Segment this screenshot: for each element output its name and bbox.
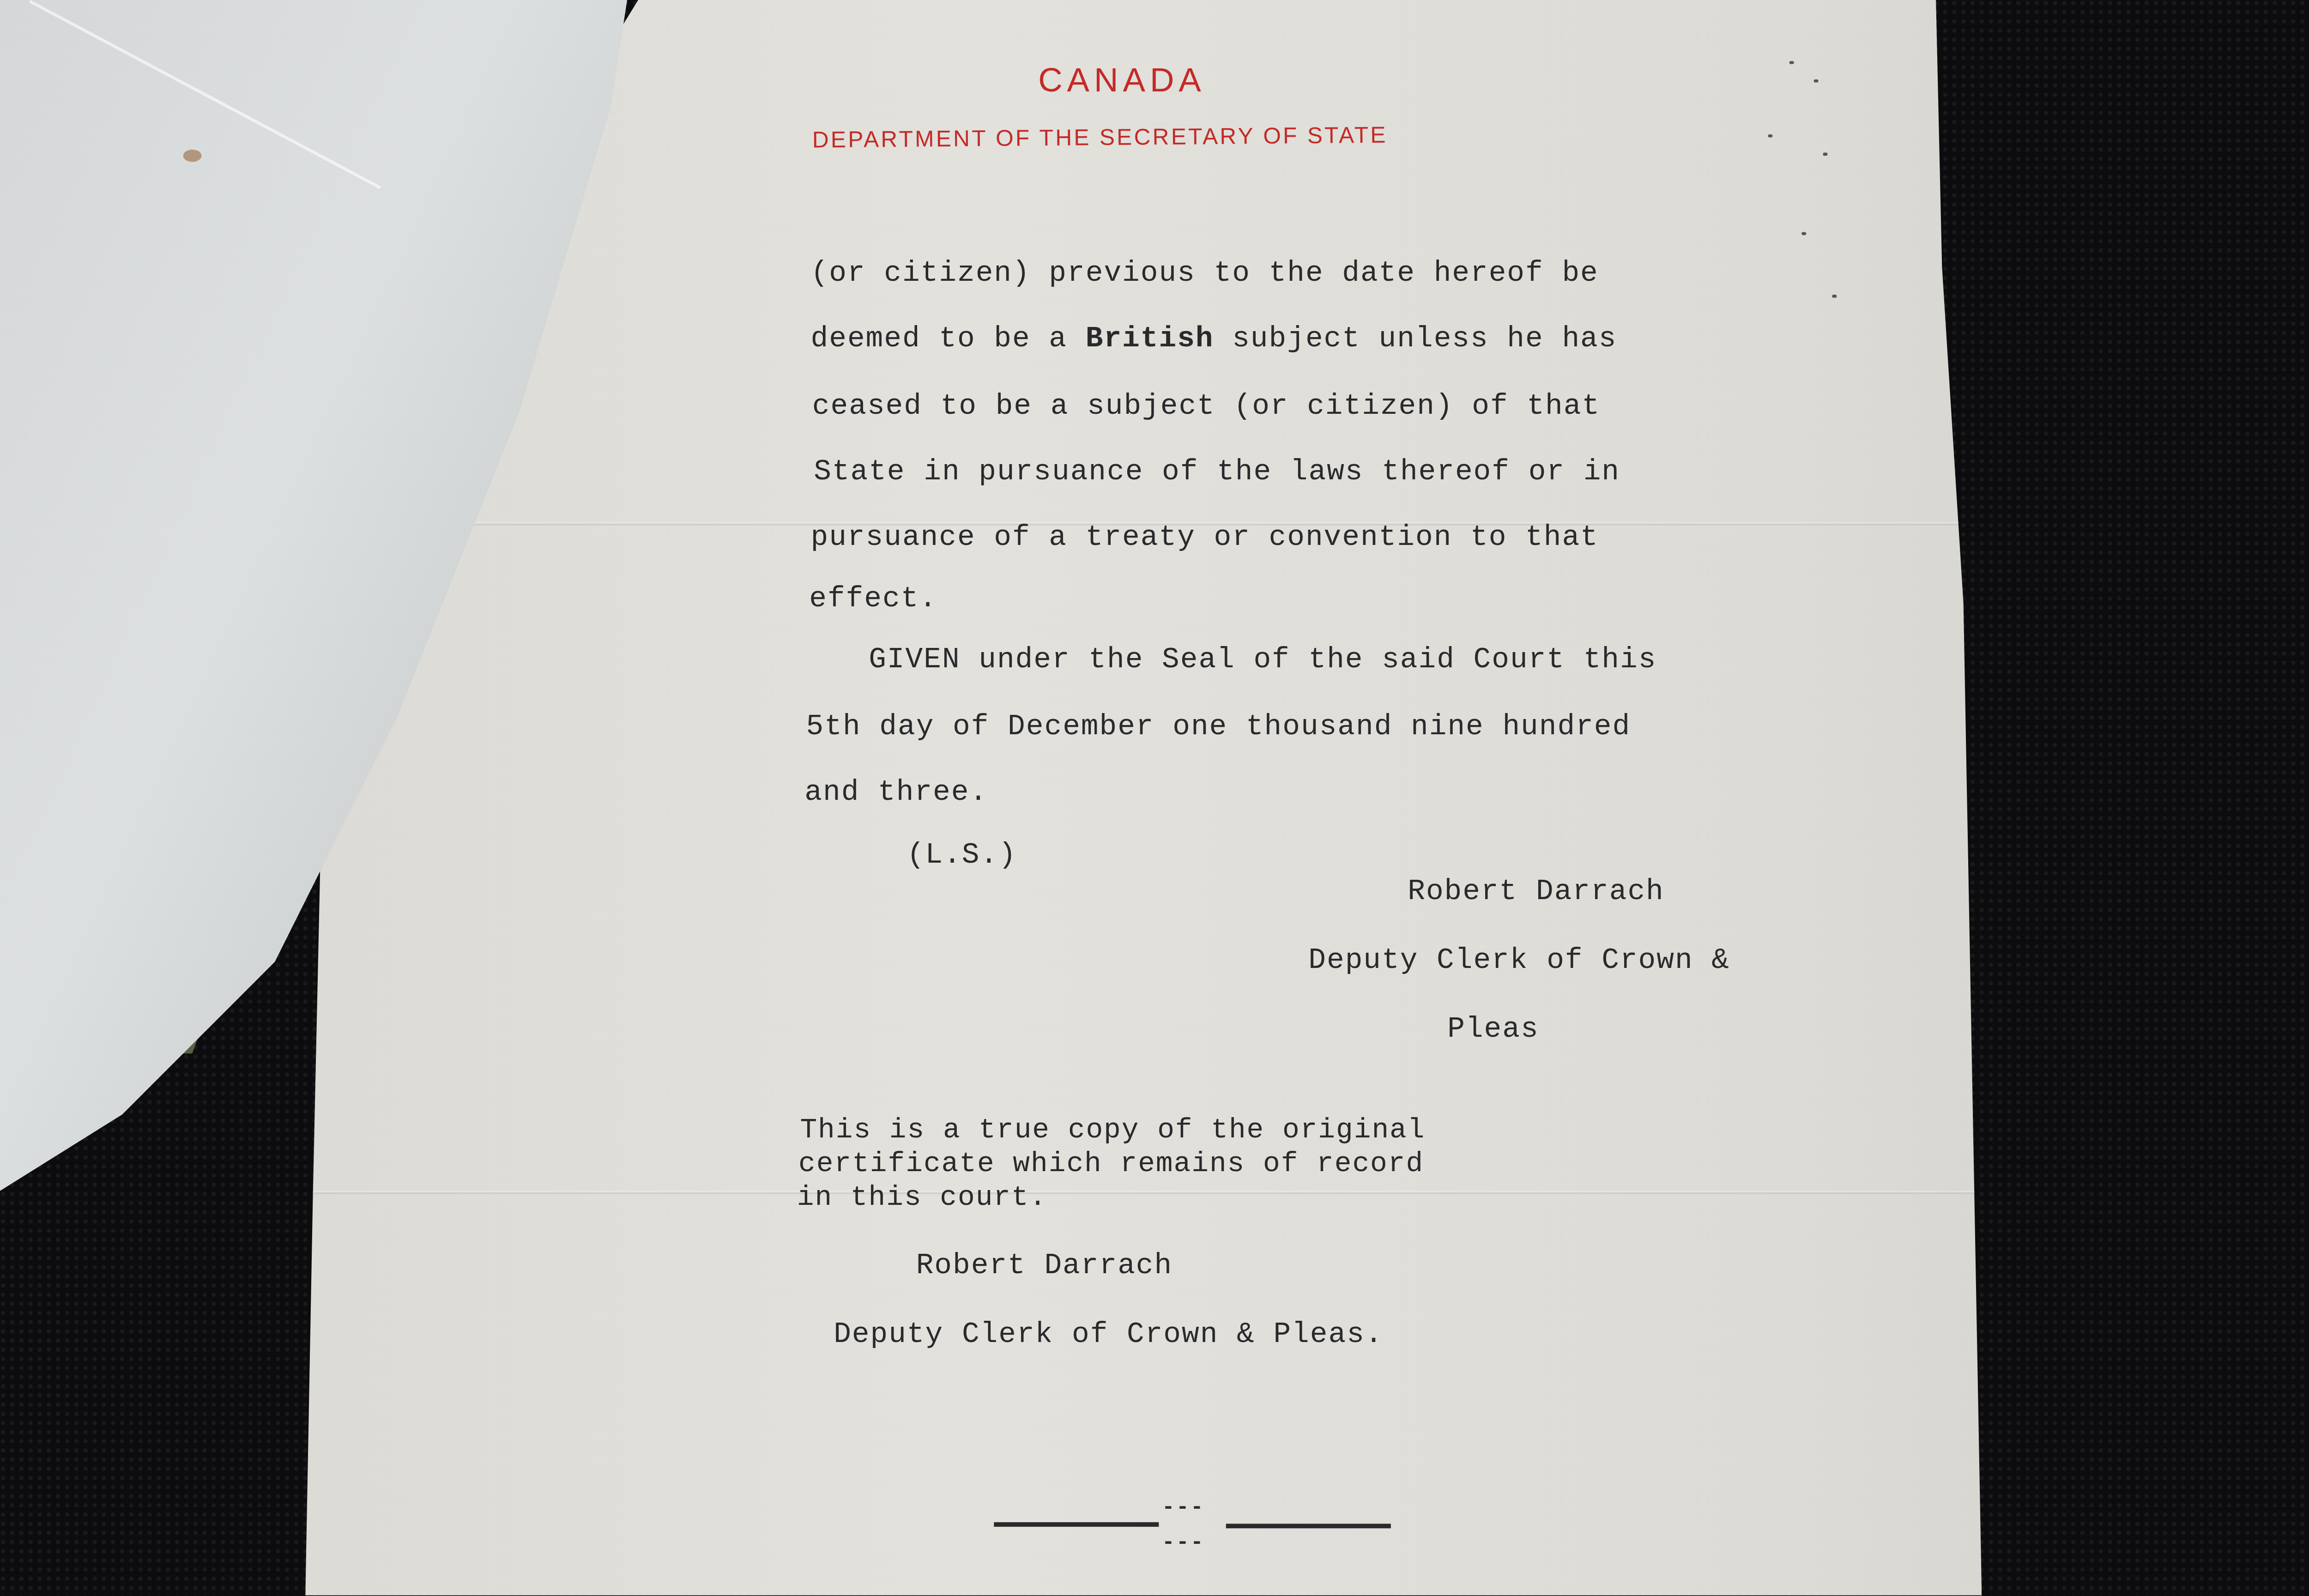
end-rule-right (1226, 1523, 1391, 1528)
seal-mark: (L.S.) (907, 838, 1017, 872)
letterhead-department: DEPARTMENT OF THE SECRETARY OF STATE (812, 123, 1388, 154)
end-rule-left (994, 1522, 1159, 1527)
ink-speck (1768, 134, 1772, 138)
ink-speck (1832, 295, 1837, 298)
signature-title-line1: Deputy Clerk of Crown & (1308, 943, 1730, 977)
body-line-4: State in pursuance of the laws thereof o… (814, 455, 1620, 489)
signature-title-line2: Pleas (1447, 1012, 1539, 1046)
certification-line-2: certificate which remains of record (798, 1148, 1424, 1182)
certification-name: Robert Darrach (916, 1249, 1173, 1282)
certification-line-3: in this court. (797, 1182, 1047, 1215)
given-line-2: 5th day of December one thousand nine hu… (806, 710, 1631, 744)
ink-speck (1801, 232, 1806, 236)
ink-speck (1789, 61, 1794, 64)
body-line-3: ceased to be a subject (or citizen) of t… (812, 389, 1600, 423)
ink-speck (1823, 153, 1827, 156)
signature-name: Robert Darrach (1408, 875, 1664, 908)
given-line-3: and three. (804, 775, 988, 809)
given-line-1: GIVEN under the Seal of the said Court t… (869, 643, 1656, 677)
end-rule-dots-bottom: --- (1162, 1531, 1205, 1556)
letterhead-country: CANADA (1038, 61, 1206, 101)
photo-stage: CANADA DEPARTMENT OF THE SECRETARY OF ST… (0, 0, 2309, 1596)
certification-line-1: This is a true copy of the original (800, 1114, 1425, 1148)
paper-stain (183, 150, 202, 162)
certification-title: Deputy Clerk of Crown & Pleas. (834, 1318, 1383, 1351)
body-line-5: pursuance of a treaty or convention to t… (811, 520, 1599, 554)
end-rule-dots-top: --- (1162, 1496, 1205, 1521)
ink-speck (1814, 79, 1819, 83)
body-line-2: deemed to be a British subject unless he… (811, 322, 1617, 356)
fold-crease-lower (0, 1191, 2309, 1194)
curl-fold-line (29, 0, 381, 189)
body-line-6: effect. (809, 582, 937, 616)
body-line-1: (or citizen) previous to the date hereof… (811, 256, 1599, 290)
